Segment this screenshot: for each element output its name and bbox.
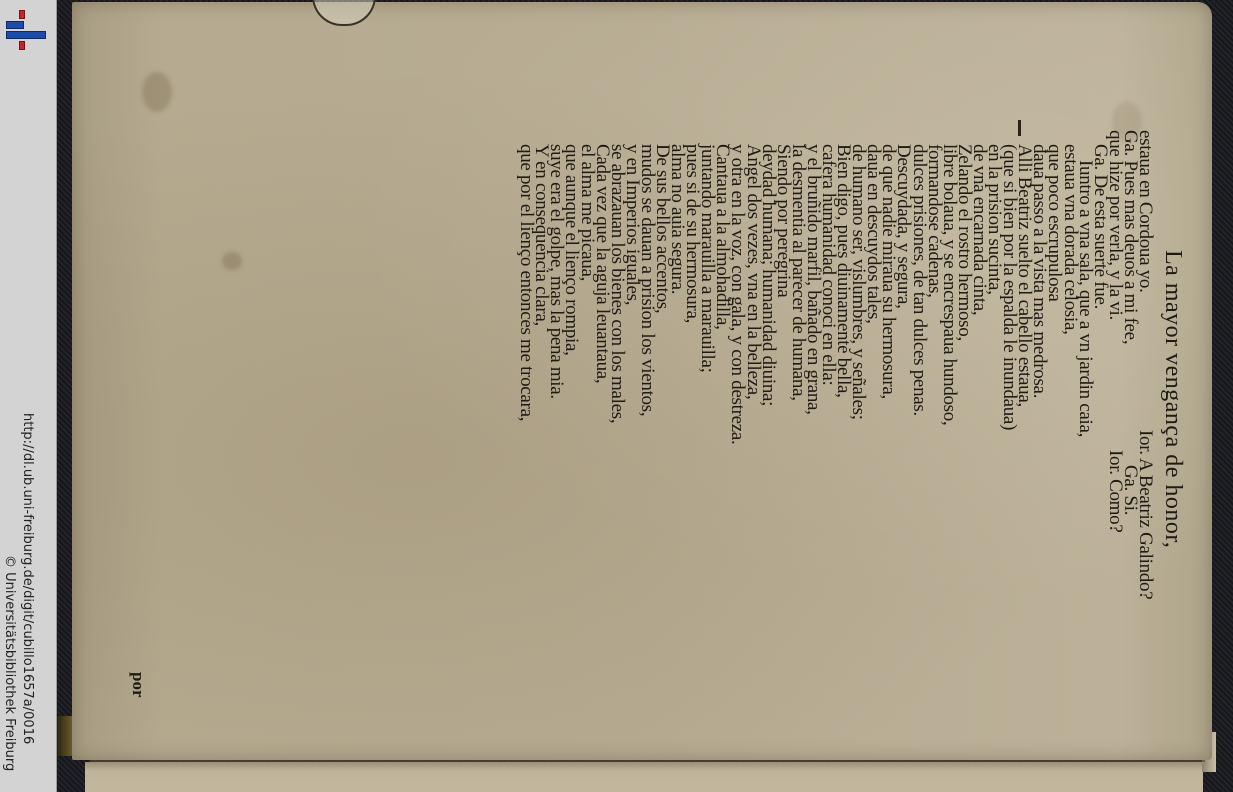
copyright-notice: © Universitätsbibliothek Freiburg [2, 555, 17, 771]
running-title: La mayor vengança de honor, [1161, 130, 1185, 650]
page-fold [90, 760, 1205, 762]
page-text: La mayor vengança de honor, estaua en Co… [519, 130, 1185, 650]
source-url[interactable]: http://dl.ub.uni-freiburg.de/digit/cubil… [20, 413, 35, 744]
catchword: por [128, 672, 148, 698]
speaker-cue: Ior. Como? [1108, 450, 1123, 533]
next-page-edge [85, 762, 1203, 792]
library-logo-icon[interactable] [5, 9, 47, 49]
viewer-sidebar: http://dl.ub.uni-freiburg.de/digit/cubil… [0, 0, 57, 792]
text-line: que por el lienço entonces me trocara, [519, 130, 534, 650]
